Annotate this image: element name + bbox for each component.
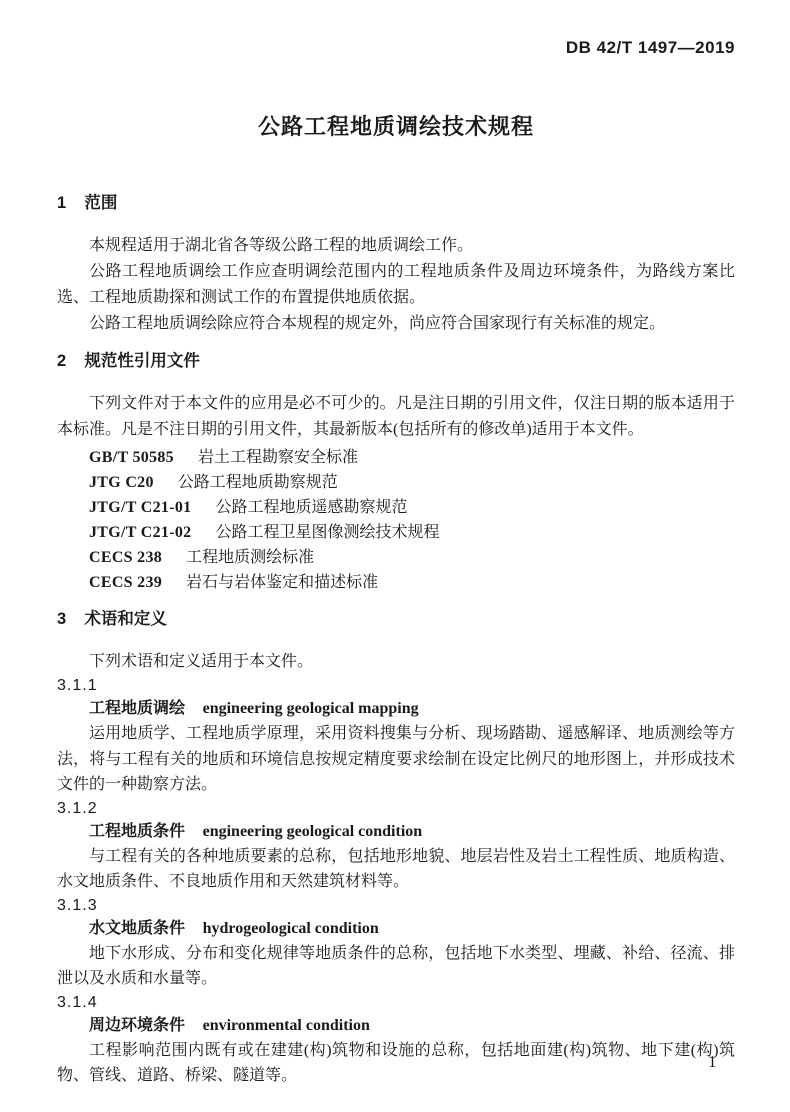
section-1-paragraph: 公路工程地质调绘工作应查明调绘范围内的工程地质条件及周边环境条件，为路线方案比选… (57, 259, 735, 311)
section-1-paragraph: 公路工程地质调绘除应符合本规程的规定外，尚应符合国家现行有关标准的规定。 (57, 311, 735, 337)
page-number: 1 (708, 1052, 717, 1072)
term-definition: 地下水形成、分布和变化规律等地质条件的总称，包括地下水类型、埋藏、补给、径流、排… (57, 941, 735, 992)
reference-item: JTG C20公路工程地质勘察规范 (57, 470, 735, 495)
term-chinese: 工程地质调绘 (89, 700, 185, 717)
section-3-title: 术语和定义 (84, 610, 167, 628)
reference-title: 公路工程卫星图像测绘技术规程 (215, 524, 439, 541)
term-heading: 周边环境条件environmental condition (57, 1014, 735, 1038)
section-1-heading: 1范围 (57, 193, 735, 213)
term-block-3-1-4: 3.1.4 周边环境条件environmental condition 工程影响… (57, 992, 735, 1089)
term-english: engineering geological condition (203, 823, 423, 840)
clause-number: 3.1.2 (57, 798, 735, 820)
section-2-title: 规范性引用文件 (84, 352, 200, 370)
term-heading: 水文地质条件hydrogeological condition (57, 917, 735, 941)
term-english: hydrogeological condition (203, 920, 379, 937)
reference-code: JTG C20 (89, 474, 154, 491)
reference-title: 工程地质测绘标准 (186, 549, 314, 566)
reference-code: CECS 239 (89, 574, 162, 591)
section-3-heading: 3术语和定义 (57, 609, 735, 629)
reference-code: JTG/T C21-01 (89, 499, 191, 516)
term-chinese: 工程地质条件 (89, 823, 185, 840)
section-2-heading: 2规范性引用文件 (57, 351, 735, 371)
term-chinese: 周边环境条件 (89, 1017, 185, 1034)
section-3-number: 3 (57, 610, 66, 628)
standard-code: DB 42/T 1497—2019 (566, 38, 735, 57)
term-block-3-1-2: 3.1.2 工程地质条件engineering geological condi… (57, 798, 735, 895)
reference-item: CECS 239岩石与岩体鉴定和描述标准 (57, 570, 735, 595)
section-2-number: 2 (57, 352, 66, 370)
reference-title: 岩石与岩体鉴定和描述标准 (186, 574, 378, 591)
reference-item: GB/T 50585岩土工程勘察安全标准 (57, 445, 735, 470)
reference-title: 公路工程地质勘察规范 (178, 474, 338, 491)
reference-item: JTG/T C21-01公路工程地质遥感勘察规范 (57, 495, 735, 520)
term-definition: 运用地质学、工程地质学原理，采用资料搜集与分析、现场踏勘、遥感解译、地质测绘等方… (57, 721, 735, 798)
term-english: environmental condition (203, 1017, 370, 1034)
reference-title: 岩土工程勘察安全标准 (198, 449, 358, 466)
term-definition: 工程影响范围内既有或在建建(构)筑物和设施的总称，包括地面建(构)筑物、地下建(… (57, 1038, 735, 1089)
reference-code: CECS 238 (89, 549, 162, 566)
term-block-3-1-3: 3.1.3 水文地质条件hydrogeological condition 地下… (57, 895, 735, 992)
reference-title: 公路工程地质遥感勘察规范 (215, 499, 407, 516)
clause-number: 3.1.4 (57, 992, 735, 1014)
normative-references-list: GB/T 50585岩土工程勘察安全标准 JTG C20公路工程地质勘察规范 J… (57, 445, 735, 595)
document-title: 公路工程地质调绘技术规程 (57, 110, 735, 144)
section-3-paragraph: 下列术语和定义适用于本文件。 (57, 649, 735, 675)
section-1-title: 范围 (84, 194, 117, 212)
reference-item: CECS 238工程地质测绘标准 (57, 545, 735, 570)
section-2-paragraph: 下列文件对于本文件的应用是必不可少的。凡是注日期的引用文件，仅注日期的版本适用于… (57, 391, 735, 443)
term-english: engineering geological mapping (203, 700, 419, 717)
term-block-3-1-1: 3.1.1 工程地质调绘engineering geological mappi… (57, 675, 735, 798)
section-1-paragraph: 本规程适用于湖北省各等级公路工程的地质调绘工作。 (57, 233, 735, 259)
term-definition: 与工程有关的各种地质要素的总称，包括地形地貌、地层岩性及岩土工程性质、地质构造、… (57, 844, 735, 895)
document-page: DB 42/T 1497—2019 公路工程地质调绘技术规程 1范围 本规程适用… (0, 0, 790, 1112)
clause-number: 3.1.3 (57, 895, 735, 917)
term-heading: 工程地质调绘engineering geological mapping (57, 697, 735, 721)
section-1-number: 1 (57, 194, 66, 212)
reference-code: GB/T 50585 (89, 449, 174, 466)
term-chinese: 水文地质条件 (89, 920, 185, 937)
reference-code: JTG/T C21-02 (89, 524, 191, 541)
clause-number: 3.1.1 (57, 675, 735, 697)
document-header: DB 42/T 1497—2019 (57, 38, 735, 58)
reference-item: JTG/T C21-02公路工程卫星图像测绘技术规程 (57, 520, 735, 545)
term-heading: 工程地质条件engineering geological condition (57, 820, 735, 844)
